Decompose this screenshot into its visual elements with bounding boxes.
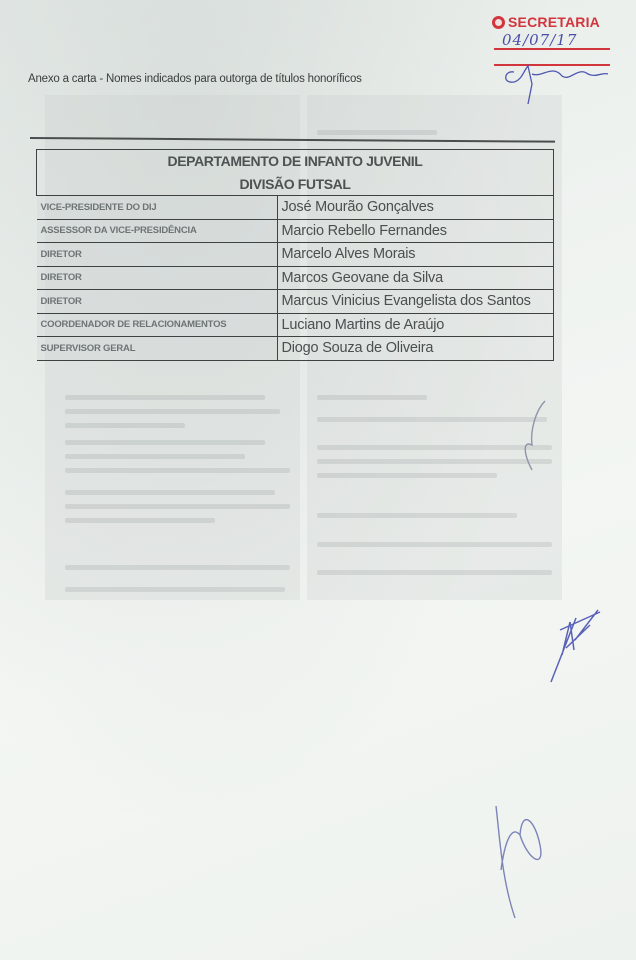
initials-signature-icon (551, 610, 600, 682)
page-number-initials-icon (496, 806, 541, 918)
handwritten-marks (0, 0, 636, 960)
check-mark-icon (525, 401, 545, 470)
